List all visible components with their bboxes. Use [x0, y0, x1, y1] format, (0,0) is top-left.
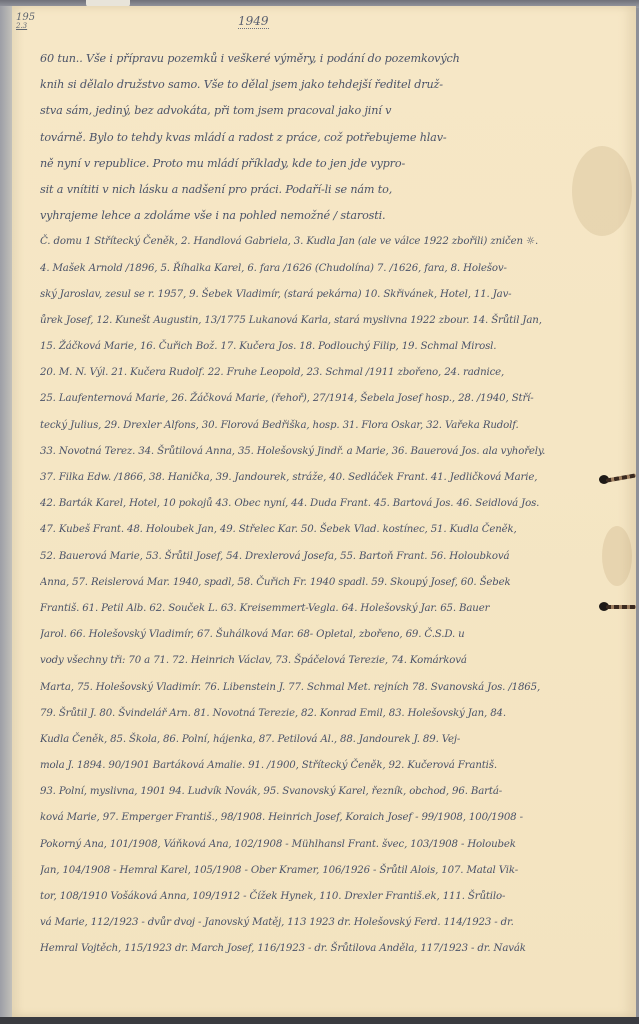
text-line: stva sám, jediný, bez advokáta, při tom …: [40, 98, 625, 124]
text-line: vody všechny tři: 70 a 71. 72. Heinrich …: [40, 648, 625, 674]
text-line: 20. M. N. Výl. 21. Kučera Rudolf. 22. Fr…: [40, 360, 625, 386]
text-line: vyhrajeme lehce a zdoláme vše i na pohle…: [40, 203, 625, 229]
text-line: 47. Kubeš Frant. 48. Holoubek Jan, 49. S…: [40, 517, 625, 543]
year-heading: 1949: [238, 14, 269, 29]
text-line: Jarol. 66. Holešovský Vladimír, 67. Šuhá…: [40, 622, 625, 648]
text-line: Č. domu 1 Střítecký Čeněk, 2. Handlová G…: [40, 229, 625, 255]
text-line: 4. Mašek Arnold /1896, 5. Říhalka Karel,…: [40, 256, 625, 282]
text-line: Anna, 57. Reislerová Mar. 1940, spadl, 5…: [40, 570, 625, 596]
handwritten-page: 195 2.3 1949 60 tun.. Vše i přípravu poz…: [12, 6, 636, 1017]
text-line: 52. Bauerová Marie, 53. Šrůtil Josef, 54…: [40, 544, 625, 570]
text-line: Pokorný Ana, 101/1908, Váňková Ana, 102/…: [40, 832, 625, 858]
text-line: tecký Julius, 29. Drexler Alfons, 30. Fl…: [40, 413, 625, 439]
text-line: ský Jaroslav, zesul se r. 1957, 9. Šebek…: [40, 282, 625, 308]
text-line: 60 tun.. Vše i přípravu pozemků i vešker…: [40, 46, 625, 72]
text-line: Františ. 61. Petil Alb. 62. Souček L. 63…: [40, 596, 625, 622]
text-line: 33. Novotná Terez. 34. Šrůtilová Anna, 3…: [40, 439, 625, 465]
text-line: vá Marie, 112/1923 - dvůr dvoj - Janovsk…: [40, 910, 625, 936]
text-line: 15. Žáčková Marie, 16. Čuřich Bož. 17. K…: [40, 334, 625, 360]
text-line: 42. Barták Karel, Hotel, 10 pokojů 43. O…: [40, 491, 625, 517]
page-number-sub: 2.3: [16, 22, 35, 31]
text-line: Kudla Čeněk, 85. Škola, 86. Polní, hájen…: [40, 727, 625, 753]
page-number: 195 2.3: [16, 13, 35, 31]
handwritten-text: 60 tun.. Vše i přípravu pozemků i vešker…: [40, 46, 625, 963]
text-line: 79. Šrůtil J. 80. Švindelář Arn. 81. Nov…: [40, 701, 625, 727]
text-line: mola J. 1894. 90/1901 Bartáková Amalie. …: [40, 753, 625, 779]
text-line: knih si dělalo družstvo samo. Vše to děl…: [40, 72, 625, 98]
text-line: Jan, 104/1908 - Hemral Karel, 105/1908 -…: [40, 858, 625, 884]
text-line: 37. Filka Edw. /1866, 38. Hanička, 39. J…: [40, 465, 625, 491]
text-line: ně nyní v republice. Proto mu mládí přík…: [40, 151, 625, 177]
text-line: tor, 108/1910 Vošáková Anna, 109/1912 - …: [40, 884, 625, 910]
text-line: ůrek Josef, 12. Kunešt Augustin, 13/1775…: [40, 308, 625, 334]
text-line: 93. Polní, myslivna, 1901 94. Ludvík Nov…: [40, 779, 625, 805]
text-line: továrně. Bylo to tehdy kvas mládí a rado…: [40, 125, 625, 151]
text-line: 25. Laufenternová Marie, 26. Žáčková Mar…: [40, 386, 625, 412]
scanner-bottom-edge: [0, 1017, 639, 1024]
text-line: sit a vnítiti v nich lásku a nadšení pro…: [40, 177, 625, 203]
binding-thread: [606, 605, 636, 609]
text-line: ková Marie, 97. Emperger Františ., 98/19…: [40, 805, 625, 831]
text-line: Hemral Vojtěch, 115/1923 dr. March Josef…: [40, 936, 625, 962]
text-line: Marta, 75. Holešovský Vladimír. 76. Libe…: [40, 675, 625, 701]
